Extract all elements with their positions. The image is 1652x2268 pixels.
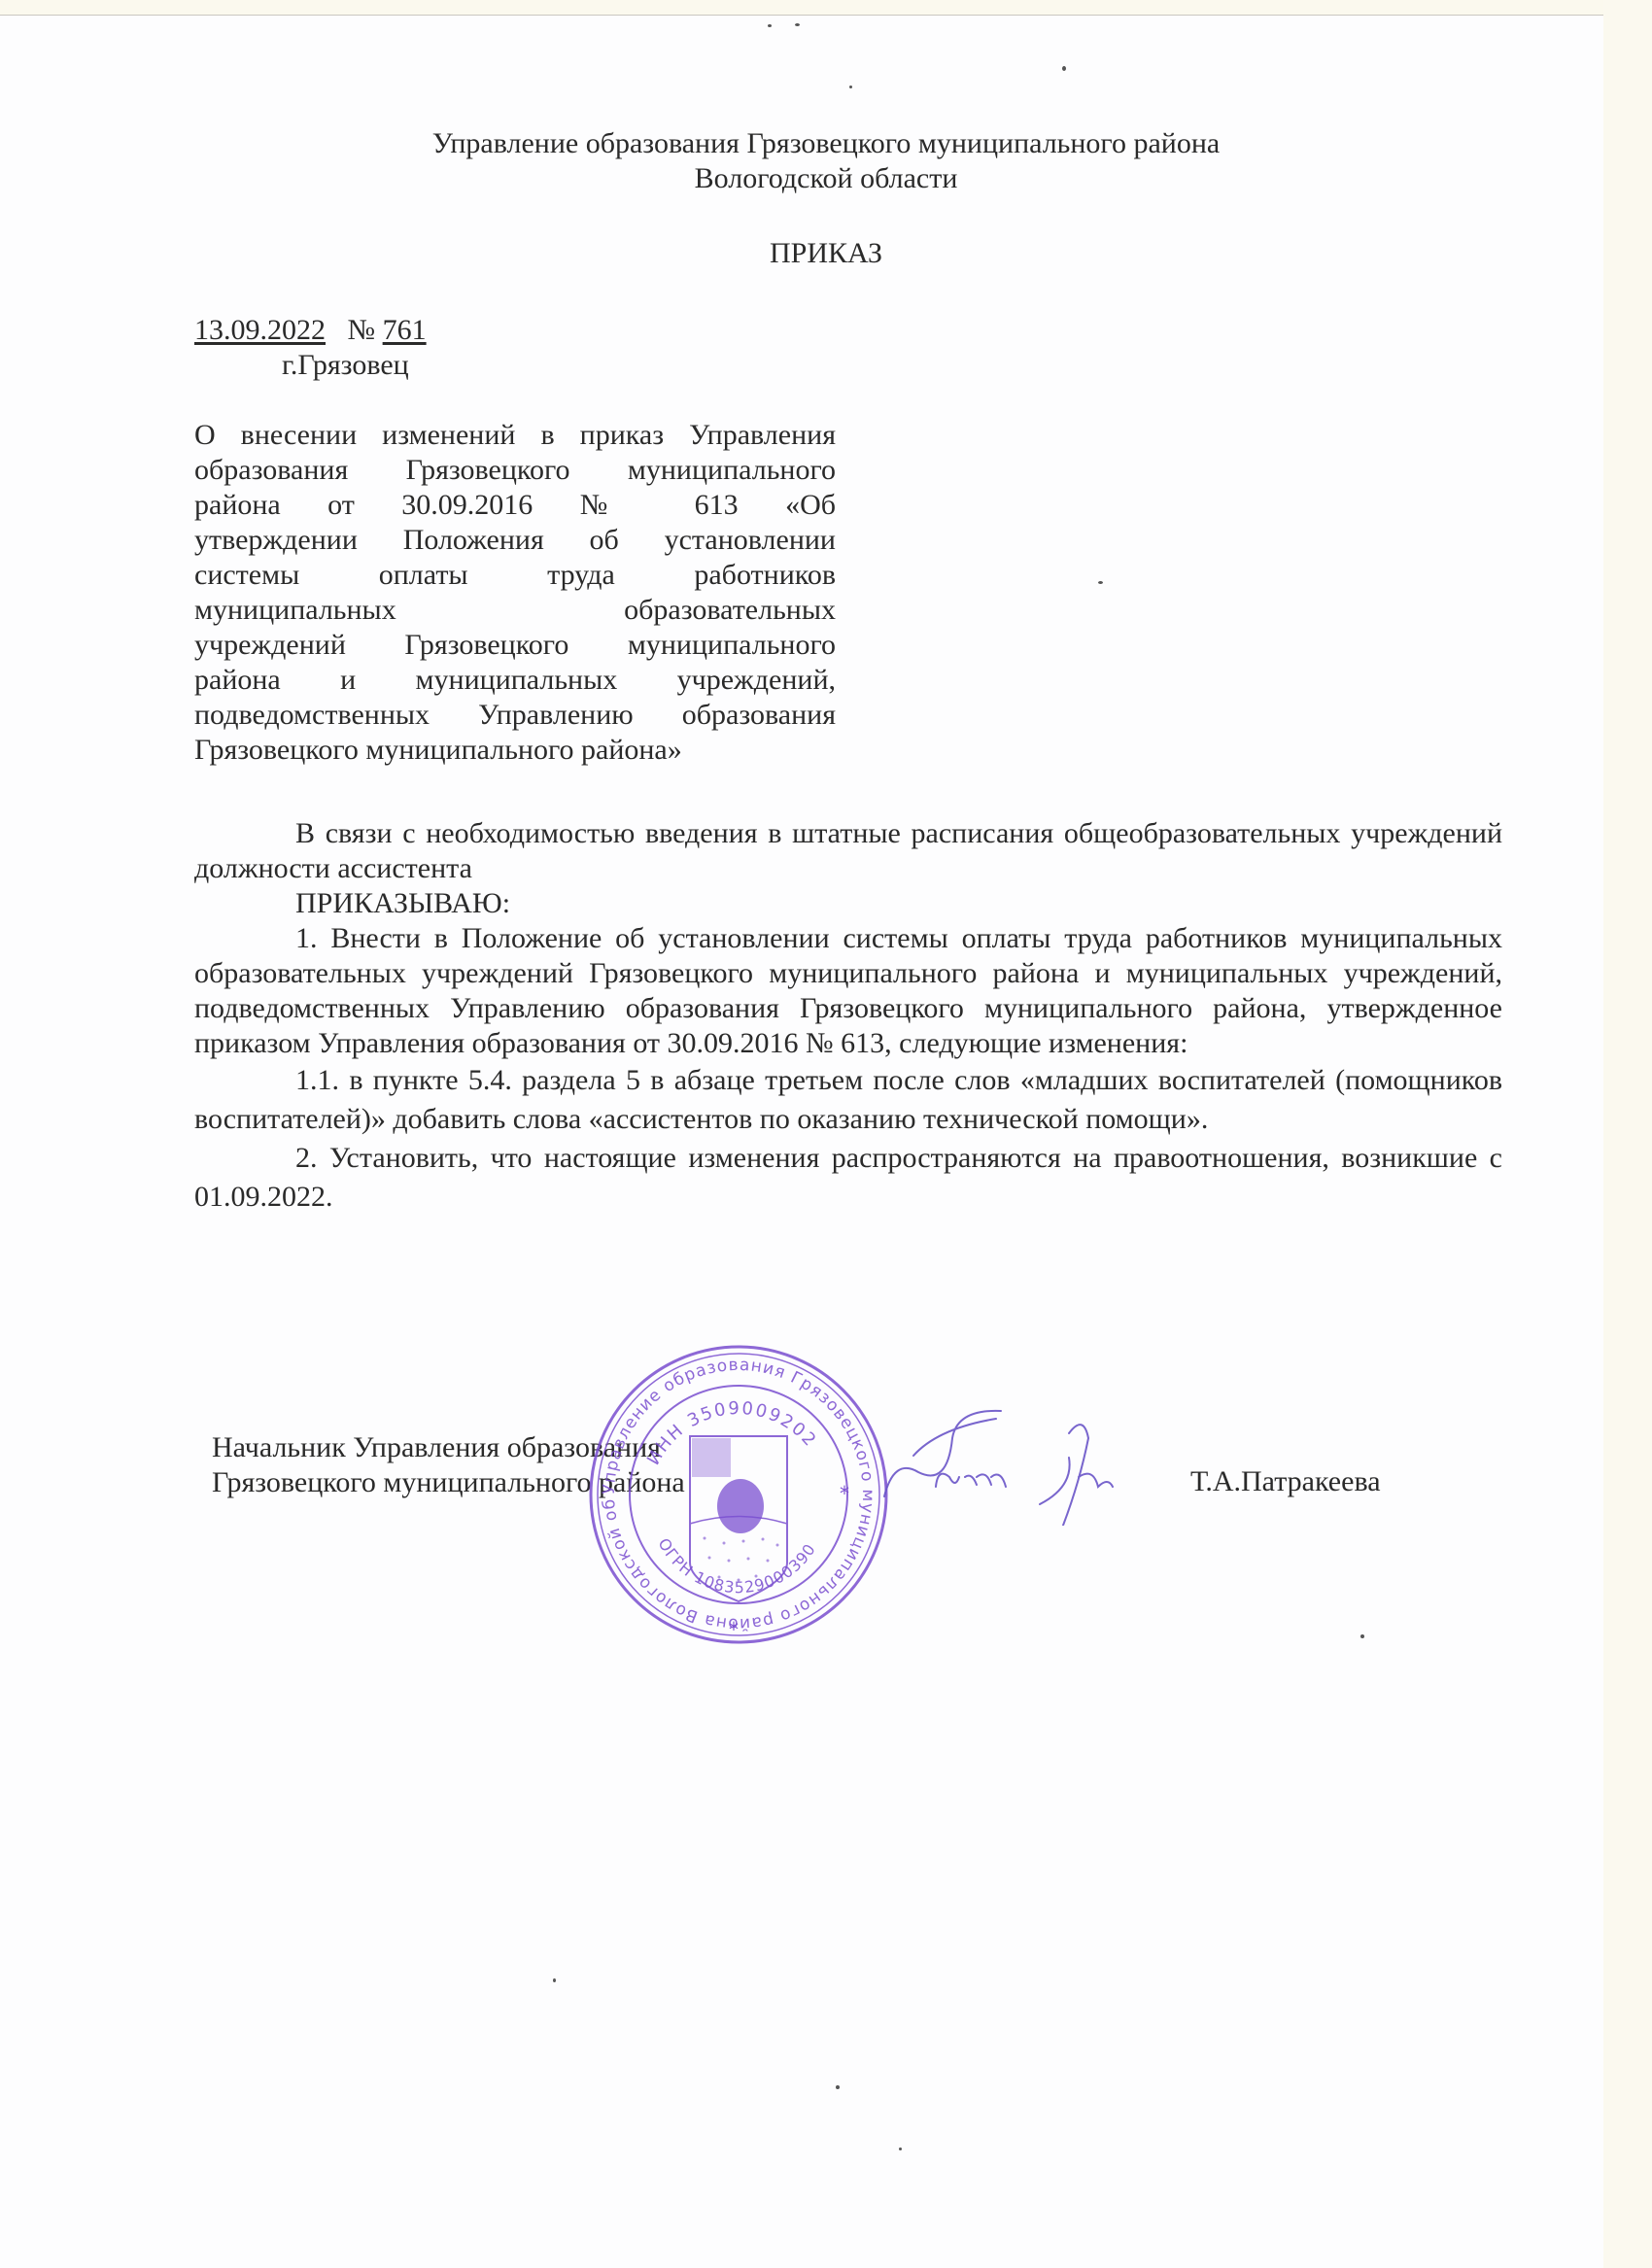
city: г.Грязовец — [282, 348, 409, 383]
organization-region: Вологодской области — [0, 161, 1652, 196]
preamble: В связи с необходимостью введения в штат… — [194, 816, 1502, 886]
subject-line: подведомственных Управлению образования — [194, 698, 836, 733]
scan-speck — [836, 2085, 840, 2089]
scan-speck — [1098, 581, 1103, 584]
scan-speck — [1062, 66, 1066, 71]
order-body: В связи с необходимостью введения в штат… — [194, 816, 1502, 1217]
date-number-line: 13.09.2022 № 761 — [194, 313, 427, 348]
order-item-1: 1. Внести в Положение об установлении си… — [194, 921, 1502, 1061]
document-type: ПРИКАЗ — [0, 236, 1652, 271]
scan-speck — [849, 86, 852, 88]
organization-name: Управление образования Грязовецкого муни… — [0, 126, 1652, 161]
subject-line: Грязовецкого муниципального района» — [194, 733, 836, 768]
subject-line: образования Грязовецкого муниципального — [194, 453, 836, 488]
stamp-seal-icon: Управление образования Грязовецкого муни… — [583, 1339, 894, 1650]
document-page: Управление образования Грязовецкого муни… — [0, 0, 1652, 2268]
svg-text:*: * — [729, 1618, 739, 1641]
order-word: ПРИКАЗЫВАЮ: — [194, 886, 1502, 921]
subject-line: учреждений Грязовецкого муниципального — [194, 628, 836, 663]
number-sign: № — [348, 314, 376, 346]
subject-line: муниципальных образовательных — [194, 593, 836, 628]
document-header: Управление образования Грязовецкого муни… — [0, 126, 1652, 196]
subject-line: системы оплаты труда работников — [194, 558, 836, 593]
order-item-1-1: 1.1. в пункте 5.4. раздела 5 в абзаце тр… — [194, 1061, 1502, 1139]
subject-line: района от 30.09.2016 № 613 «Об — [194, 488, 836, 523]
order-number: 761 — [383, 314, 427, 346]
scan-speck — [768, 24, 772, 27]
signature-icon — [879, 1380, 1132, 1526]
scan-speck — [553, 1978, 556, 1982]
order-item-2: 2. Установить, что настоящие изменения р… — [194, 1139, 1502, 1217]
subject-line: О внесении изменений в приказ Управления — [194, 418, 836, 453]
signer-name: Т.А.Патракеева — [1190, 1464, 1381, 1499]
official-stamp: Управление образования Грязовецкого муни… — [583, 1339, 894, 1650]
subject-line: утверждении Положения об установлении — [194, 523, 836, 558]
handwritten-signature — [879, 1380, 1132, 1526]
svg-text:ИНН 3509009202: ИНН 3509009202 — [643, 1398, 821, 1468]
scan-speck — [899, 2148, 902, 2150]
subject-line: района и муниципальных учреждений, — [194, 663, 836, 698]
order-date: 13.09.2022 — [194, 314, 326, 346]
scan-speck — [1360, 1634, 1364, 1638]
order-subject: О внесении изменений в приказ Управления… — [194, 418, 836, 768]
svg-text:*: * — [840, 1482, 849, 1505]
scan-speck — [795, 23, 800, 26]
